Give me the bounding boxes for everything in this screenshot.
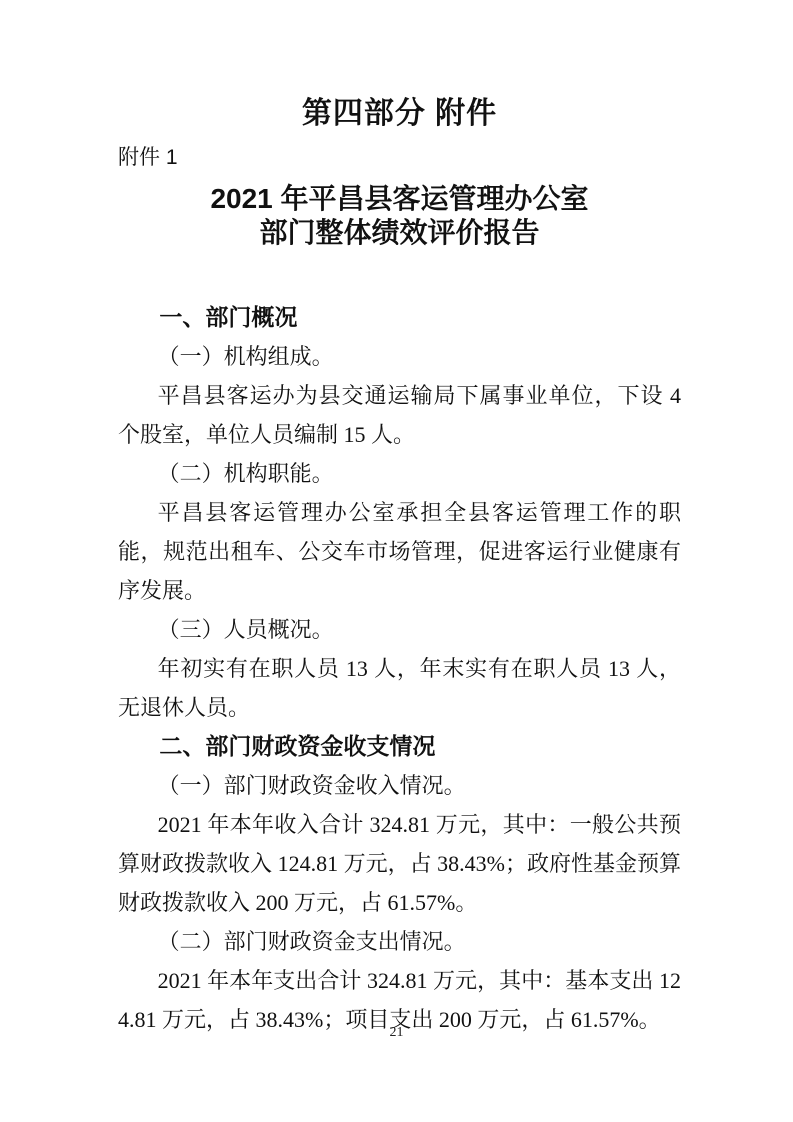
section-1-paragraph-3: 年初实有在职人员 13 人，年末实有在职人员 13 人，无退休人员。 (118, 649, 681, 727)
section-1-subheading-2: （二）机构职能。 (118, 454, 681, 493)
section-1-heading: 一、部门概况 (118, 298, 681, 337)
report-title-line2: 部门整体绩效评价报告 (118, 216, 681, 250)
section-2-subheading-1: （一）部门财政资金收入情况。 (118, 766, 681, 805)
section-2-subheading-2: （二）部门财政资金支出情况。 (118, 922, 681, 961)
report-title-line1: 2021 年平昌县客运管理办公室 (118, 182, 681, 216)
section-1-paragraph-1: 平昌县客运办为县交通运输局下属事业单位，下设 4 个股室，单位人员编制 15 人… (118, 376, 681, 454)
report-body: 一、部门概况 （一）机构组成。 平昌县客运办为县交通运输局下属事业单位，下设 4… (118, 298, 681, 1039)
section-2-heading: 二、部门财政资金收支情况 (118, 727, 681, 766)
page-content: 第四部分 附件 附件 1 2021 年平昌县客运管理办公室 部门整体绩效评价报告… (0, 0, 793, 1039)
part-heading: 第四部分 附件 (118, 97, 681, 131)
report-title: 2021 年平昌县客运管理办公室 部门整体绩效评价报告 (118, 182, 681, 250)
section-1-subheading-1: （一）机构组成。 (118, 337, 681, 376)
attachment-label: 附件 1 (118, 145, 681, 171)
section-1-paragraph-2: 平昌县客运管理办公室承担全县客运管理工作的职能，规范出租车、公交车市场管理，促进… (118, 493, 681, 610)
section-1-subheading-3: （三）人员概况。 (118, 610, 681, 649)
section-2-paragraph-1: 2021 年本年收入合计 324.81 万元，其中：一般公共预算财政拨款收入 1… (118, 805, 681, 922)
page-number: 21 (0, 1024, 793, 1042)
document-page: 第四部分 附件 附件 1 2021 年平昌县客运管理办公室 部门整体绩效评价报告… (0, 0, 793, 1122)
